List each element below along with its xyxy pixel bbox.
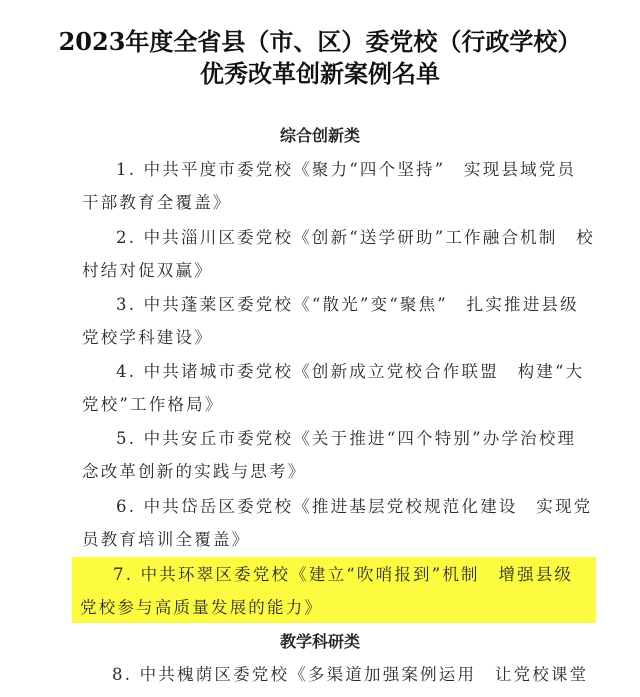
list-item-6-line2: 员教育培训全覆盖》 [82,526,250,550]
list-item-3-line1: 3. 中共蓬莱区委党校《“散光”变“聚焦” 扎实推进县级 [116,291,579,315]
document-page: 2023年度全省县（市、区）委党校（行政学校） 优秀改革创新案例名单 综合创新类… [0,0,640,697]
section-heading-teaching-research: 教学科研类 [0,629,640,652]
list-item-8-line1: 8. 中共槐荫区委党校《多渠道加强案例运用 让党校课堂 [112,661,588,685]
document-title-line2: 优秀改革创新案例名单 [0,54,640,89]
list-item-7-line1: 7. 中共环翠区委党校《建立“吹哨报到”机制 增强县级 [113,561,573,585]
list-item-4-line2: 党校”工作格局》 [82,391,224,415]
list-item-2-line2: 村结对促双赢》 [82,257,213,281]
list-item-5-line1: 5. 中共安丘市委党校《关于推进“四个特别”办学治校理 [116,425,576,449]
list-item-2-line1: 2. 中共淄川区委党校《创新“送学研助”工作融合机制 校 [116,224,595,248]
list-item-4-line1: 4. 中共诸城市委党校《创新成立党校合作联盟 构建“大 [116,358,584,382]
section-heading-comprehensive: 综合创新类 [0,123,640,146]
list-item-5-line2: 念改革创新的实践与思考》 [82,458,306,482]
list-item-3-line2: 党校学科建设》 [82,324,213,348]
list-item-7-line2: 党校参与高质量发展的能力》 [80,594,323,618]
list-item-1-line2: 干部教育全覆盖》 [82,189,232,213]
list-item-6-line1: 6. 中共岱岳区委党校《推进基层党校规范化建设 实现党 [116,493,592,517]
list-item-1-line1: 1. 中共平度市委党校《聚力“四个坚持” 实现县域党员 [116,156,576,180]
document-title-line1: 2023年度全省县（市、区）委党校（行政学校） [0,22,640,57]
